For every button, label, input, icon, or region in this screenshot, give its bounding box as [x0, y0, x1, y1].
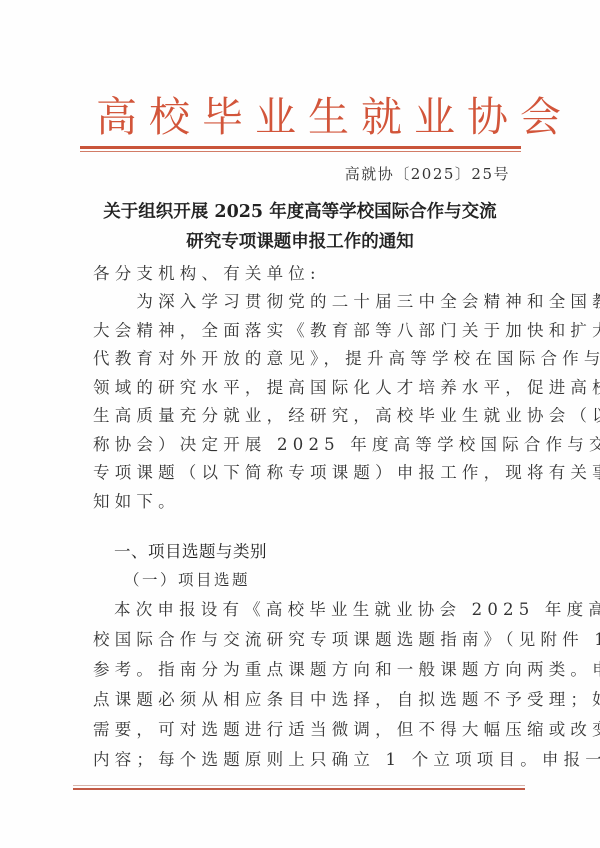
letterhead-organization-title: 高校毕业生就业协会 — [96, 92, 516, 142]
footer-rule-thin — [73, 785, 525, 786]
section-heading-1: 一、项目选题与类别 — [114, 538, 267, 566]
paragraph-line: 需要，可对选题进行适当微调，但不得大幅压缩或改变研究 — [93, 716, 600, 744]
paragraph-line: 校国际合作与交流研究专项课题选题指南》（见附件 1）供 — [93, 626, 600, 654]
document-page: 高校毕业生就业协会 高就协〔2025〕25号 关于组织开展 2025 年度高等学… — [0, 0, 600, 848]
footer-rule-thick — [73, 788, 525, 790]
document-title-line-1: 关于组织开展 2025 年度高等学校国际合作与交流 — [60, 197, 540, 227]
salutation: 各分支机构、有关单位: — [93, 260, 321, 288]
paragraph-line: 生高质量充分就业，经研究，高校毕业生就业协会（以下简 — [93, 402, 600, 430]
paragraph-line: 代教育对外开放的意见》，提升高等学校在国际合作与交流 — [93, 345, 600, 373]
paragraph-line: 内容；每个选题原则上只确立 1 个立项项目。申报一般课题 — [93, 746, 600, 774]
document-title-line-2: 研究专项课题申报工作的通知 — [60, 227, 540, 257]
document-number: 高就协〔2025〕25号 — [345, 162, 510, 186]
paragraph-line: 参考。指南分为重点课题方向和一般课题方向两类。申报重 — [93, 656, 600, 684]
paragraph-line: 专项课题（以下简称专项课题）申报工作，现将有关事项通 — [93, 459, 600, 487]
letterhead-rule-thin — [80, 151, 521, 152]
paragraph-line: 称协会）决定开展 2025 年度高等学校国际合作与交流研究 — [93, 431, 600, 459]
paragraph-line: 本次申报设有《高校毕业生就业协会 2025 年度高等学 — [114, 596, 600, 624]
letterhead-rule-thick — [80, 146, 521, 149]
paragraph-line: 大会精神，全面落实《教育部等八部门关于加快和扩大新时 — [93, 317, 600, 345]
paragraph-line: 点课题必须从相应条目中选择，自拟选题不予受理；如确有 — [93, 686, 600, 714]
paragraph-line: 知如下。 — [93, 488, 180, 516]
subsection-heading-1-1: （一）项目选题 — [124, 566, 250, 594]
paragraph-line: 领域的研究水平，提高国际化人才培养水平，促进高校毕业 — [93, 374, 600, 402]
paragraph-line: 为深入学习贯彻党的二十届三中全会精神和全国教育 — [93, 288, 600, 316]
